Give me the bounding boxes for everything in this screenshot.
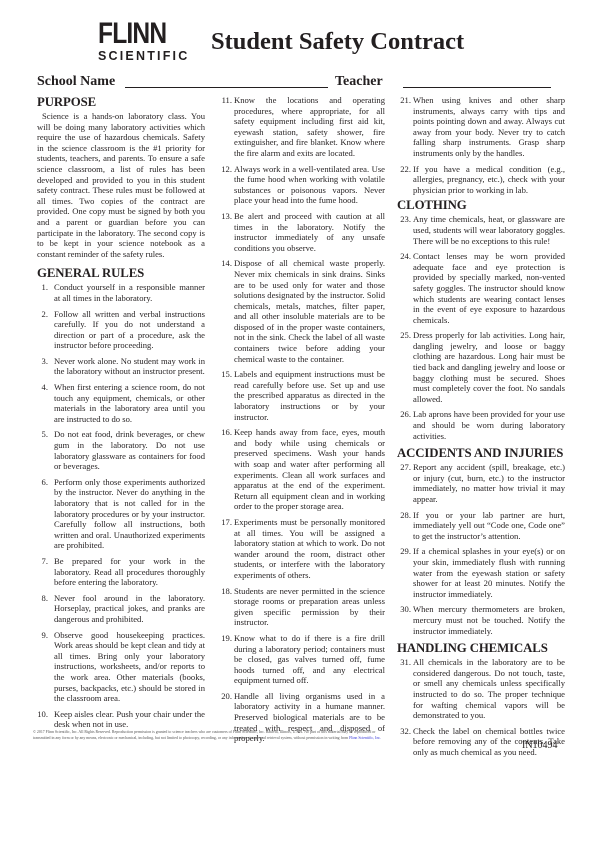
rule-text: Follow all written and verbal instructio…	[54, 309, 205, 351]
school-name-label: School Name	[37, 74, 115, 90]
teacher-field[interactable]	[403, 87, 551, 88]
rule-number: 13.	[218, 211, 232, 222]
rule-text: Never work alone. No student may work in…	[54, 356, 205, 377]
rule-text: If a chemical splashes in your eye(s) or…	[413, 546, 565, 598]
rule-30: 30.When mercury thermometers are broken,…	[397, 604, 565, 636]
column-3: 21.When using knives and other sharp ins…	[397, 95, 565, 757]
rule-number: 16.	[218, 427, 232, 438]
rule-number: 17.	[218, 517, 232, 528]
logo-wordmark-scientific: SCIENTIFIC	[98, 49, 190, 63]
copyright-line-2: transmitted in any form or by any means,…	[33, 735, 568, 741]
rule-number: 8.	[34, 593, 48, 604]
general-rules-list-continued: 11.Know the locations and operating proc…	[218, 95, 385, 744]
rule-number: 3.	[34, 356, 48, 367]
document-code: IN10494	[522, 740, 558, 752]
rule-19: 19.Know what to do if there is a fire dr…	[218, 633, 385, 686]
rule-text: If you or your lab partner are hurt, imm…	[413, 510, 565, 541]
rule-27: 27.Report any accident (spill, breakage,…	[397, 462, 565, 504]
copyright-footer: © 2017 Flinn Scientific, Inc. All Rights…	[33, 729, 568, 742]
rule-number: 10.	[34, 709, 48, 720]
rule-12: 12.Always work in a well-ventilated area…	[218, 164, 385, 206]
rule-text: Dispose of all chemical waste properly. …	[234, 258, 385, 363]
rule-text: Report any accident (spill, breakage, et…	[413, 462, 565, 504]
rule-number: 7.	[34, 556, 48, 567]
purpose-heading: PURPOSE	[37, 95, 205, 109]
rule-text: Observe good housekeeping practices. Wor…	[54, 630, 205, 704]
rule-text: Students are never permitted in the scie…	[234, 586, 385, 628]
rule-number: 24.	[397, 251, 411, 262]
document-header: FLINN SCIENTIFIC Student Safety Contract	[0, 20, 595, 68]
rule-3: 3.Never work alone. No student may work …	[37, 356, 205, 377]
copyright-line-2-text: transmitted in any form or by any means,…	[33, 736, 348, 740]
rule-number: 28.	[397, 510, 411, 521]
rule-number: 22.	[397, 164, 411, 175]
rule-24: 24.Contact lenses may be worn provided a…	[397, 251, 565, 325]
rule-number: 2.	[34, 309, 48, 320]
rule-number: 25.	[397, 330, 411, 341]
column-1: PURPOSE Science is a hands-on laboratory…	[37, 95, 205, 735]
purpose-text: Science is a hands-on laboratory class. …	[37, 111, 205, 259]
general-rules-heading: GENERAL RULES	[37, 266, 205, 280]
rule-text: Know the locations and operating procedu…	[234, 95, 385, 158]
general-rules-list: 1.Conduct yourself in a responsible mann…	[37, 282, 205, 730]
rule-text: When using knives and other sharp instru…	[413, 95, 565, 158]
rule-28: 28.If you or your lab partner are hurt, …	[397, 510, 565, 542]
rule-number: 26.	[397, 409, 411, 420]
rule-text: Be prepared for your work in the laborat…	[54, 556, 205, 587]
rule-text: Conduct yourself in a responsible manner…	[54, 282, 205, 303]
general-rules-list-end: 21.When using knives and other sharp ins…	[397, 95, 565, 195]
rule-number: 11.	[218, 95, 232, 106]
rule-number: 29.	[397, 546, 411, 557]
rule-text: Keep aisles clear. Push your chair under…	[54, 709, 205, 730]
rule-25: 25.Dress properly for lab activities. Lo…	[397, 330, 565, 404]
rule-6: 6.Perform only those experiments authori…	[37, 477, 205, 551]
school-name-field[interactable]	[125, 87, 328, 88]
rule-8: 8.Never fool around in the laboratory. H…	[37, 593, 205, 625]
rule-number: 5.	[34, 429, 48, 440]
clothing-rules-list: 23.Any time chemicals, heat, or glasswar…	[397, 214, 565, 441]
rule-number: 20.	[218, 691, 232, 702]
rule-text: If you have a medical condition (e.g., a…	[413, 164, 565, 195]
rule-26: 26.Lab aprons have been provided for you…	[397, 409, 565, 441]
rule-23: 23.Any time chemicals, heat, or glasswar…	[397, 214, 565, 246]
rule-1: 1.Conduct yourself in a responsible mann…	[37, 282, 205, 303]
rule-2: 2.Follow all written and verbal instruct…	[37, 309, 205, 351]
rule-text: Experiments must be personally monitored…	[234, 517, 385, 580]
rule-number: 9.	[34, 630, 48, 641]
clothing-heading: CLOTHING	[397, 198, 565, 212]
flinn-scientific-link[interactable]: Flinn Scientific, Inc.	[349, 736, 381, 740]
rule-9: 9.Observe good housekeeping practices. W…	[37, 630, 205, 704]
page-title: Student Safety Contract	[211, 28, 464, 56]
rule-number: 31.	[397, 657, 411, 668]
rule-18: 18.Students are never permitted in the s…	[218, 586, 385, 628]
rule-text: Always work in a well-ventilated area. U…	[234, 164, 385, 206]
rule-text: Dress properly for lab activities. Long …	[413, 330, 565, 404]
rule-21: 21.When using knives and other sharp ins…	[397, 95, 565, 159]
rule-text: Any time chemicals, heat, or glassware a…	[413, 214, 565, 245]
teacher-label: Teacher	[335, 74, 383, 90]
rule-number: 4.	[34, 382, 48, 393]
rule-14: 14.Dispose of all chemical waste properl…	[218, 258, 385, 364]
rule-text: Perform only those experiments authorize…	[54, 477, 205, 551]
rule-text: Contact lenses may be worn provided adeq…	[413, 251, 565, 325]
rule-29: 29.If a chemical splashes in your eye(s)…	[397, 546, 565, 599]
accidents-rules-list: 27.Report any accident (spill, breakage,…	[397, 462, 565, 636]
rule-11: 11.Know the locations and operating proc…	[218, 95, 385, 159]
rule-text: All chemicals in the laboratory are to b…	[413, 657, 565, 720]
rule-text: Be alert and proceed with caution at all…	[234, 211, 385, 253]
rule-15: 15.Labels and equipment instructions mus…	[218, 369, 385, 422]
rule-number: 18.	[218, 586, 232, 597]
rule-text: Do not eat food, drink beverages, or che…	[54, 429, 205, 471]
rule-text: Know what to do if there is a fire drill…	[234, 633, 385, 685]
column-2: 11.Know the locations and operating proc…	[218, 95, 385, 749]
rule-number: 21.	[397, 95, 411, 106]
rule-17: 17.Experiments must be personally monito…	[218, 517, 385, 581]
rule-number: 30.	[397, 604, 411, 615]
accidents-heading: ACCIDENTS AND INJURIES	[397, 446, 565, 460]
rule-number: 14.	[218, 258, 232, 269]
name-fields: School Name Teacher	[37, 74, 557, 92]
rule-text: Keep hands away from face, eyes, mouth a…	[234, 427, 385, 511]
rule-13: 13.Be alert and proceed with caution at …	[218, 211, 385, 253]
rule-number: 6.	[34, 477, 48, 488]
rule-16: 16.Keep hands away from face, eyes, mout…	[218, 427, 385, 512]
rule-22: 22.If you have a medical condition (e.g.…	[397, 164, 565, 196]
rule-number: 1.	[34, 282, 48, 293]
rule-5: 5.Do not eat food, drink beverages, or c…	[37, 429, 205, 471]
rule-number: 12.	[218, 164, 232, 175]
handling-chemicals-heading: HANDLING CHEMICALS	[397, 641, 565, 655]
rule-number: 27.	[397, 462, 411, 473]
rule-text: Never fool around in the laboratory. Hor…	[54, 593, 205, 624]
rule-text: When mercury thermometers are broken, me…	[413, 604, 565, 635]
rule-text: When first entering a science room, do n…	[54, 382, 205, 424]
rule-7: 7.Be prepared for your work in the labor…	[37, 556, 205, 588]
rule-4: 4.When first entering a science room, do…	[37, 382, 205, 424]
rule-number: 15.	[218, 369, 232, 380]
rule-number: 23.	[397, 214, 411, 225]
rule-text: Labels and equipment instructions must b…	[234, 369, 385, 421]
logo-wordmark-flinn: FLINN	[98, 20, 173, 48]
rule-10: 10.Keep aisles clear. Push your chair un…	[37, 709, 205, 730]
flinn-scientific-logo: FLINN SCIENTIFIC	[98, 20, 190, 63]
rule-31: 31.All chemicals in the laboratory are t…	[397, 657, 565, 721]
rule-number: 19.	[218, 633, 232, 644]
rule-text: Lab aprons have been provided for your u…	[413, 409, 565, 440]
